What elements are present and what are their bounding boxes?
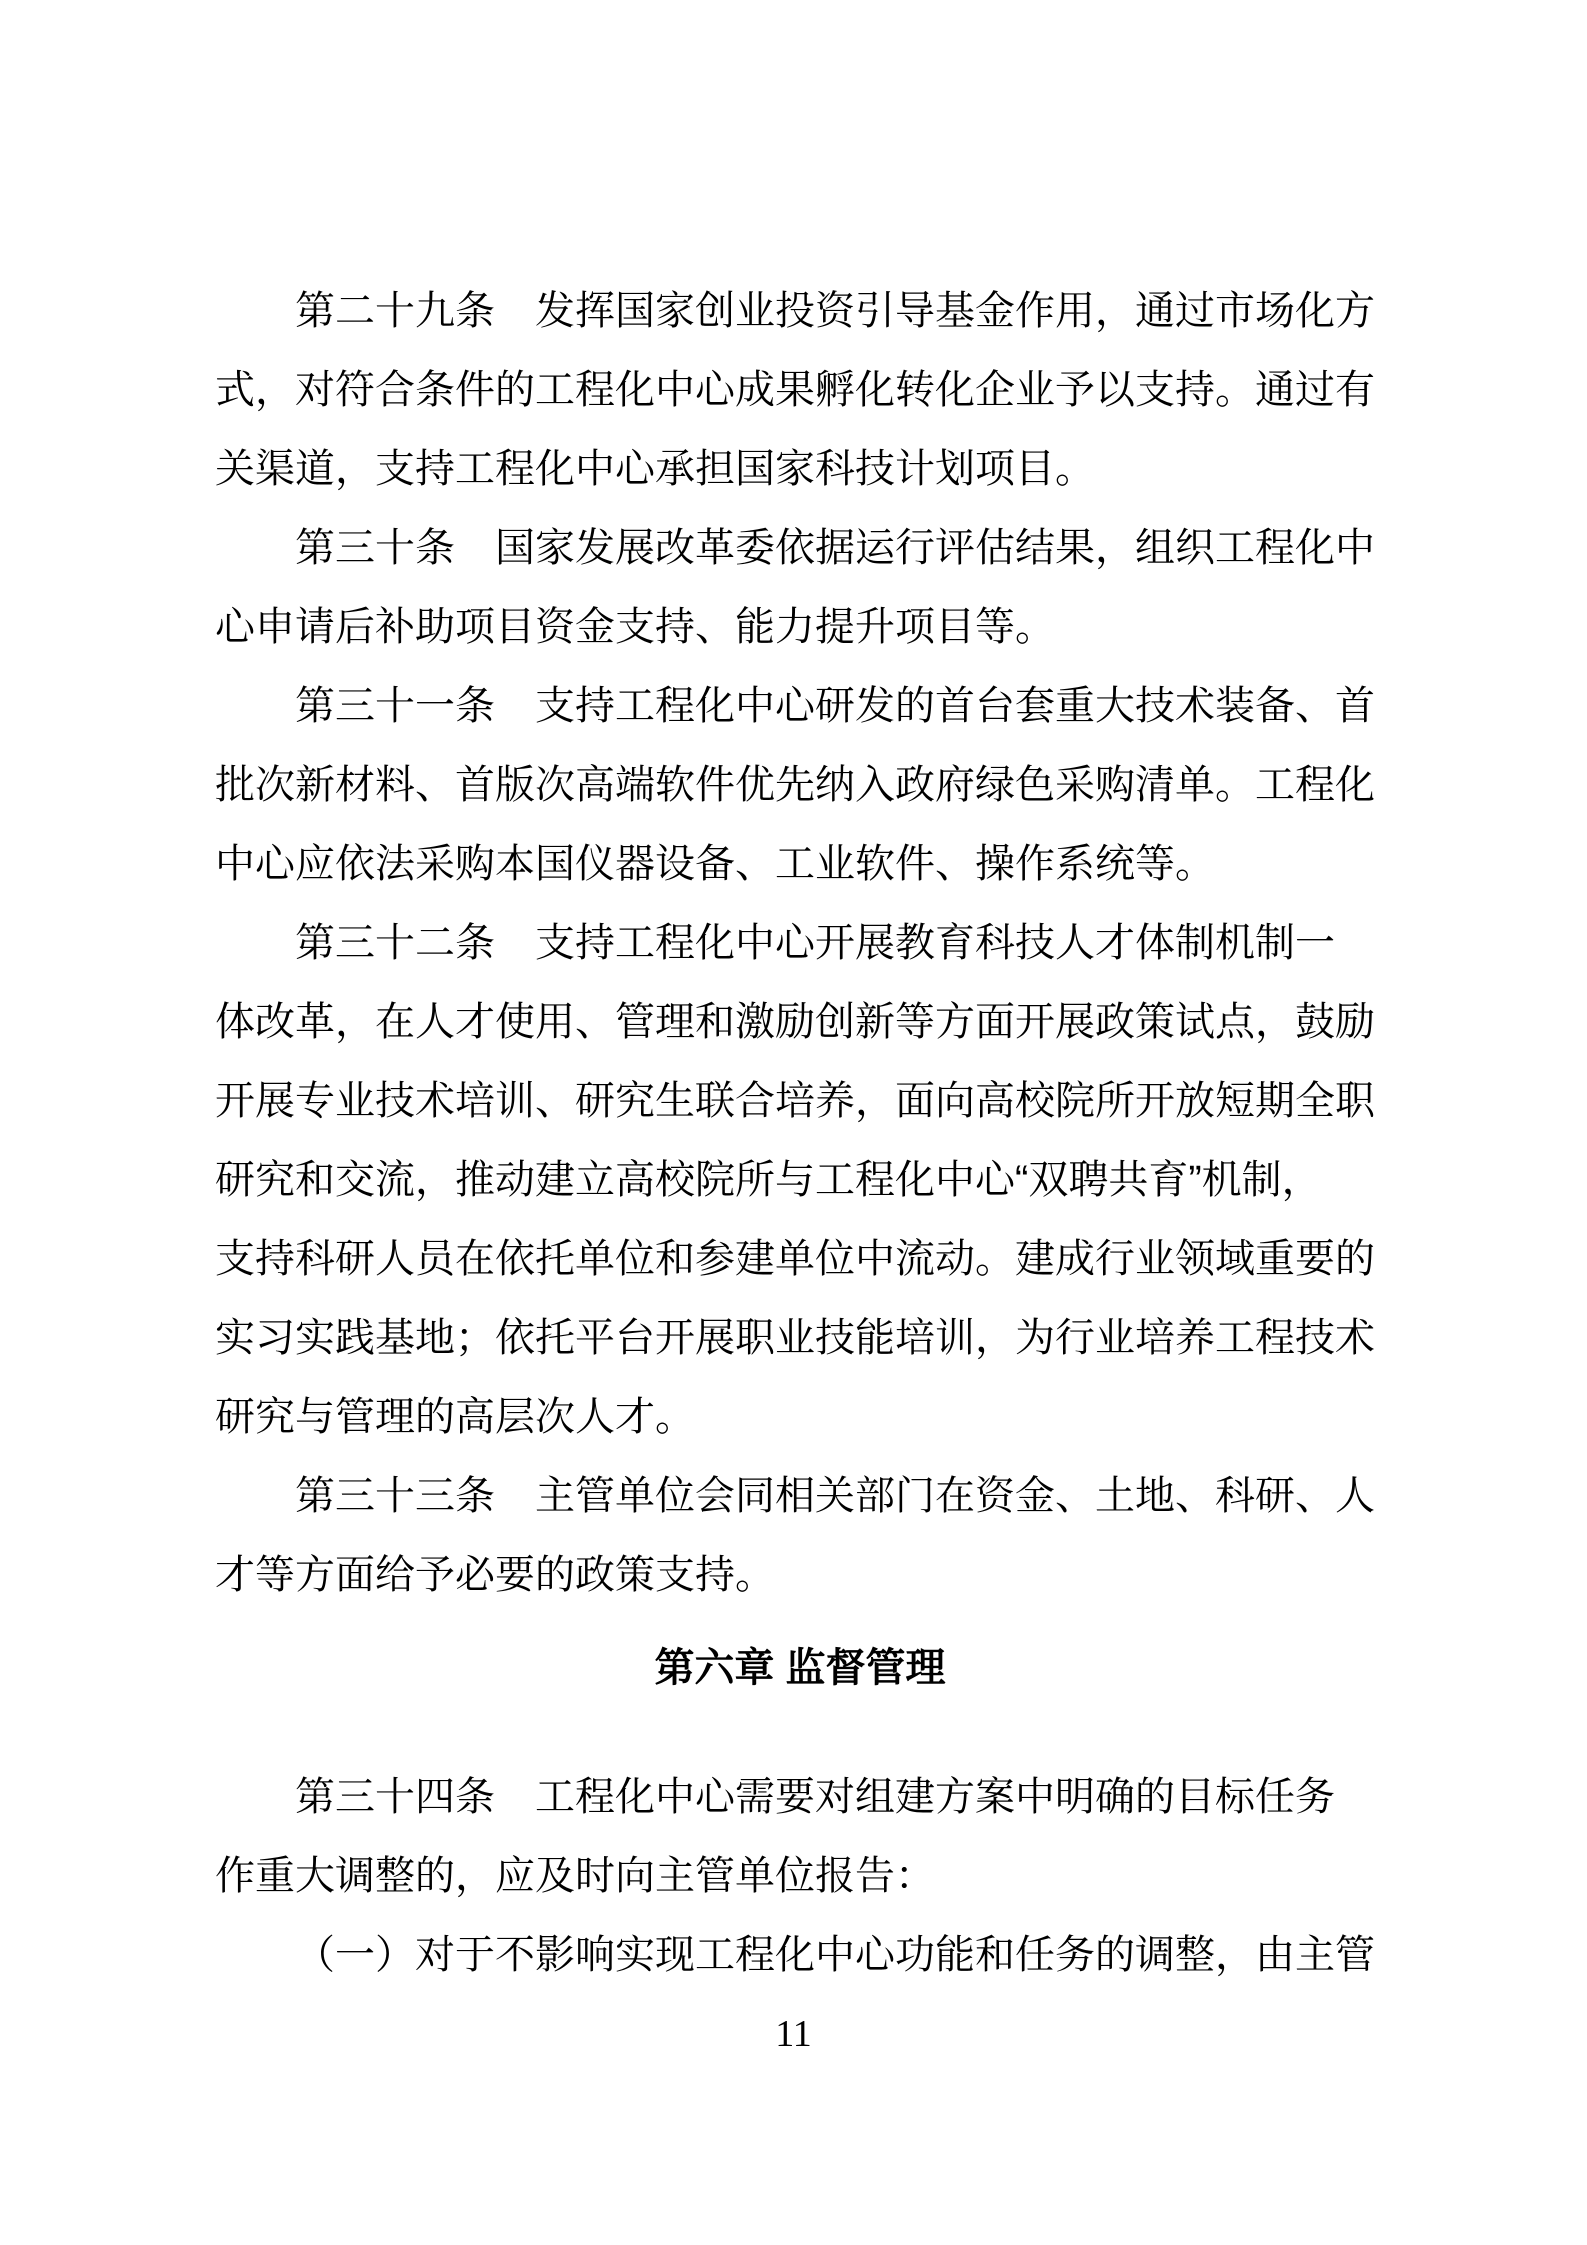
paragraph: 第三十四条 工程化中心需要对组建方案中明确的目标任务作重大调整的，应及时向主管单…: [215, 1758, 1385, 1916]
text-line: 支持科研人员在依托单位和参建单位中流动。建成行业领域重要的: [215, 1220, 1385, 1299]
paragraph: 第三十三条 主管单位会同相关部门在资金、土地、科研、人才等方面给予必要的政策支持…: [215, 1457, 1385, 1615]
paragraph: 第三十条 国家发展改革委依据运行评估结果，组织工程化中心申请后补助项目资金支持、…: [215, 509, 1385, 667]
text-line: 第三十条 国家发展改革委依据运行评估结果，组织工程化中: [215, 509, 1385, 588]
text-line: 实习实践基地；依托平台开展职业技能培训，为行业培养工程技术: [215, 1299, 1385, 1378]
document-page: 第二十九条 发挥国家创业投资引导基金作用，通过市场化方式，对符合条件的工程化中心…: [0, 0, 1587, 2245]
page-number: 11: [0, 2012, 1587, 2056]
text-line: 批次新材料、首版次高端软件优先纳入政府绿色采购清单。工程化: [215, 746, 1385, 825]
text-line: 研究与管理的高层次人才。: [215, 1378, 1385, 1457]
chapter-heading: 第六章 监督管理: [215, 1629, 1385, 1708]
text-line: 开展专业技术培训、研究生联合培养，面向高校院所开放短期全职: [215, 1062, 1385, 1141]
paragraph: 第三十一条 支持工程化中心研发的首台套重大技术装备、首批次新材料、首版次高端软件…: [215, 667, 1385, 904]
text-line: （一）对于不影响实现工程化中心功能和任务的调整，由主管: [215, 1916, 1385, 1995]
text-line: 第三十三条 主管单位会同相关部门在资金、土地、科研、人: [215, 1457, 1385, 1536]
text-line: 第三十一条 支持工程化中心研发的首台套重大技术装备、首: [215, 667, 1385, 746]
text-line: 作重大调整的，应及时向主管单位报告：: [215, 1837, 1385, 1916]
text-line: 第三十二条 支持工程化中心开展教育科技人才体制机制一: [215, 904, 1385, 983]
document-content: 第二十九条 发挥国家创业投资引导基金作用，通过市场化方式，对符合条件的工程化中心…: [215, 272, 1385, 1995]
text-line: 第三十四条 工程化中心需要对组建方案中明确的目标任务: [215, 1758, 1385, 1837]
paragraph: （一）对于不影响实现工程化中心功能和任务的调整，由主管: [215, 1916, 1385, 1995]
text-line: 式，对符合条件的工程化中心成果孵化转化企业予以支持。通过有: [215, 351, 1385, 430]
text-line: 研究和交流，推动建立高校院所与工程化中心“双聘共育”机制，: [215, 1141, 1385, 1220]
text-line: 中心应依法采购本国仪器设备、工业软件、操作系统等。: [215, 825, 1385, 904]
text-line: 才等方面给予必要的政策支持。: [215, 1536, 1385, 1615]
text-line: 体改革，在人才使用、管理和激励创新等方面开展政策试点，鼓励: [215, 983, 1385, 1062]
text-line: 关渠道，支持工程化中心承担国家科技计划项目。: [215, 430, 1385, 509]
text-line: 心申请后补助项目资金支持、能力提升项目等。: [215, 588, 1385, 667]
paragraph: 第三十二条 支持工程化中心开展教育科技人才体制机制一体改革，在人才使用、管理和激…: [215, 904, 1385, 1457]
text-line: 第二十九条 发挥国家创业投资引导基金作用，通过市场化方: [215, 272, 1385, 351]
text-line: 第六章 监督管理: [215, 1629, 1385, 1708]
paragraph: 第二十九条 发挥国家创业投资引导基金作用，通过市场化方式，对符合条件的工程化中心…: [215, 272, 1385, 509]
